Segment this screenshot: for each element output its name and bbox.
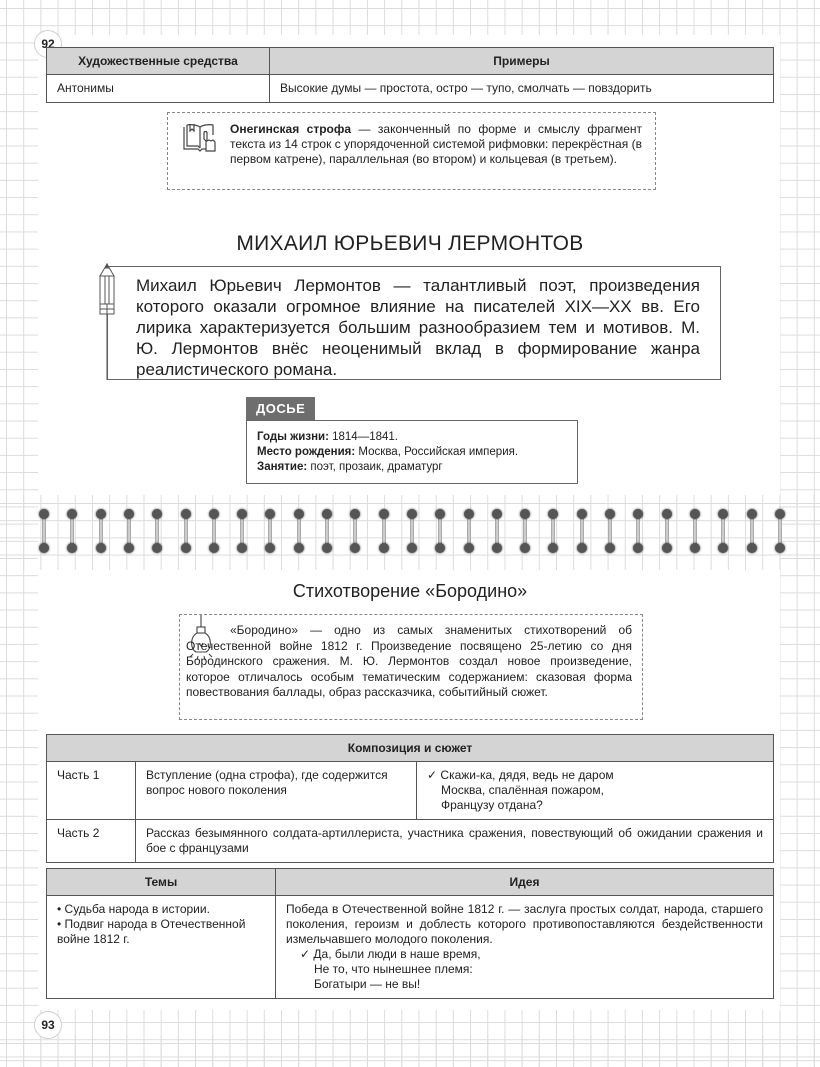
dossier-value: Москва, Российская империя. (355, 446, 518, 458)
part-description: Рассказ безымянного солдата-артиллериста… (136, 820, 774, 863)
device-name: Антонимы (47, 75, 270, 103)
onegin-term: Онегинская строфа (230, 122, 351, 136)
idea-text: Победа в Отечественной войне 1812 г. — з… (286, 902, 763, 947)
spiral-ring-icon (378, 509, 390, 553)
spiral-ring-icon (208, 509, 220, 553)
spiral-ring-icon (180, 509, 192, 553)
spiral-ring-icon (123, 509, 135, 553)
part-quote: ✓ Скажи-ка, дядя, ведь не даром Москва, … (417, 762, 774, 820)
check-icon: ✓ (300, 947, 310, 961)
dossier-label: Место рождения: (257, 446, 355, 458)
dossier-box: Годы жизни: 1814—1841. Место рождения: М… (246, 420, 578, 484)
onegin-definition: Онегинская строфа — законченный по форме… (230, 122, 642, 167)
author-title: МИХАИЛ ЮРЬЕВИЧ ЛЕРМОНТОВ (0, 232, 820, 256)
spiral-ring-icon (406, 509, 418, 553)
literary-devices-table: Художественные средства Примеры Антонимы… (46, 47, 774, 103)
spiral-ring-icon (349, 509, 361, 553)
spiral-ring-icon (576, 509, 588, 553)
devices-header-1: Примеры (270, 48, 774, 75)
spiral-ring-icon (547, 509, 559, 553)
part-label: Часть 1 (47, 762, 136, 820)
spiral-ring-icon (321, 509, 333, 553)
author-bio: Михаил Юрьевич Лермонтов — талантливый п… (136, 276, 700, 379)
table-row: Часть 2 Рассказ безымянного солдата-арти… (47, 820, 774, 863)
bottom-grid (0, 1035, 820, 1067)
check-icon: ✓ (427, 768, 437, 782)
part-description: Вступление (одна строфа), где содержится… (136, 762, 417, 820)
devices-header-0: Художественные средства (47, 48, 270, 75)
author-bio-box: Михаил Юрьевич Лермонтов — талантливый п… (107, 266, 721, 380)
borodino-note: «Бородино» — одно из самых знаменитых ст… (179, 614, 643, 720)
spiral-ring-icon (236, 509, 248, 553)
table-row: • Судьба народа в истории. • Подвиг наро… (47, 896, 774, 999)
spiral-binding (0, 509, 820, 569)
themes-cell: • Судьба народа в истории. • Подвиг наро… (47, 896, 276, 999)
composition-header: Композиция и сюжет (47, 735, 774, 762)
spiral-ring-icon (774, 509, 786, 553)
spiral-ring-icon (689, 509, 701, 553)
table-row: Часть 1 Вступление (одна строфа), где со… (47, 762, 774, 820)
spiral-ring-icon (632, 509, 644, 553)
spiral-ring-icon (434, 509, 446, 553)
spiral-ring-icon (463, 509, 475, 553)
quote-line: Богатыри — не вы! (300, 977, 763, 992)
spiral-ring-icon (661, 509, 673, 553)
page-number-bottom: 93 (34, 1011, 62, 1039)
book-hand-icon (180, 121, 220, 157)
idea-cell: Победа в Отечественной войне 1812 г. — з… (276, 896, 774, 999)
spiral-ring-icon (66, 509, 78, 553)
poem-subtitle: Стихотворение «Бородино» (0, 581, 820, 602)
dossier-item-birthplace: Место рождения: Москва, Российская импер… (257, 445, 567, 460)
dossier-item-occupation: Занятие: поэт, прозаик, драматург (257, 460, 567, 475)
spiral-ring-icon (746, 509, 758, 553)
dossier-value: 1814—1841. (329, 431, 398, 443)
table-row: Антонимы Высокие думы — простота, остро … (47, 75, 774, 103)
dossier-value: поэт, прозаик, драматург (307, 461, 442, 473)
spiral-ring-icon (491, 509, 503, 553)
dossier-label: Занятие: (257, 461, 307, 473)
spiral-ring-icon (95, 509, 107, 553)
spiral-ring-icon (264, 509, 276, 553)
spiral-ring-icon (38, 509, 50, 553)
quote-line: Скажи-ка, дядя, ведь не даром (440, 768, 613, 782)
quote-line: Москва, спалённая пожаром, (427, 783, 763, 798)
dossier-item-years: Годы жизни: 1814—1841. (257, 430, 567, 445)
spiral-ring-icon (151, 509, 163, 553)
spiral-ring-icon (717, 509, 729, 553)
spiral-ring-icon (604, 509, 616, 553)
dossier-label: Годы жизни: (257, 431, 329, 443)
part-label: Часть 2 (47, 820, 136, 863)
dossier-tab: ДОСЬЕ (246, 397, 315, 420)
themes-idea-table: Темы Идея • Судьба народа в истории. • П… (46, 868, 774, 999)
themes-header: Темы (47, 869, 276, 896)
composition-table: Композиция и сюжет Часть 1 Вступление (о… (46, 734, 774, 863)
borodino-description: «Бородино» — одно из самых знаменитых ст… (186, 623, 632, 701)
device-example: Высокие думы — простота, остро — тупо, с… (270, 75, 774, 103)
theme-item: • Судьба народа в истории. (57, 902, 265, 917)
idea-header: Идея (276, 869, 774, 896)
spiral-ring-icon (519, 509, 531, 553)
onegin-stanza-note: Онегинская строфа — законченный по форме… (167, 112, 656, 190)
quote-line: Да, были люди в наше время, (313, 947, 480, 961)
pencil-icon (95, 262, 119, 382)
theme-item: • Подвиг народа в Отечественной войне 18… (57, 917, 265, 947)
spiral-ring-icon (293, 509, 305, 553)
quote-line: Не то, что нынешнее племя: (300, 962, 763, 977)
quote-line: Французу отдана? (427, 798, 763, 813)
